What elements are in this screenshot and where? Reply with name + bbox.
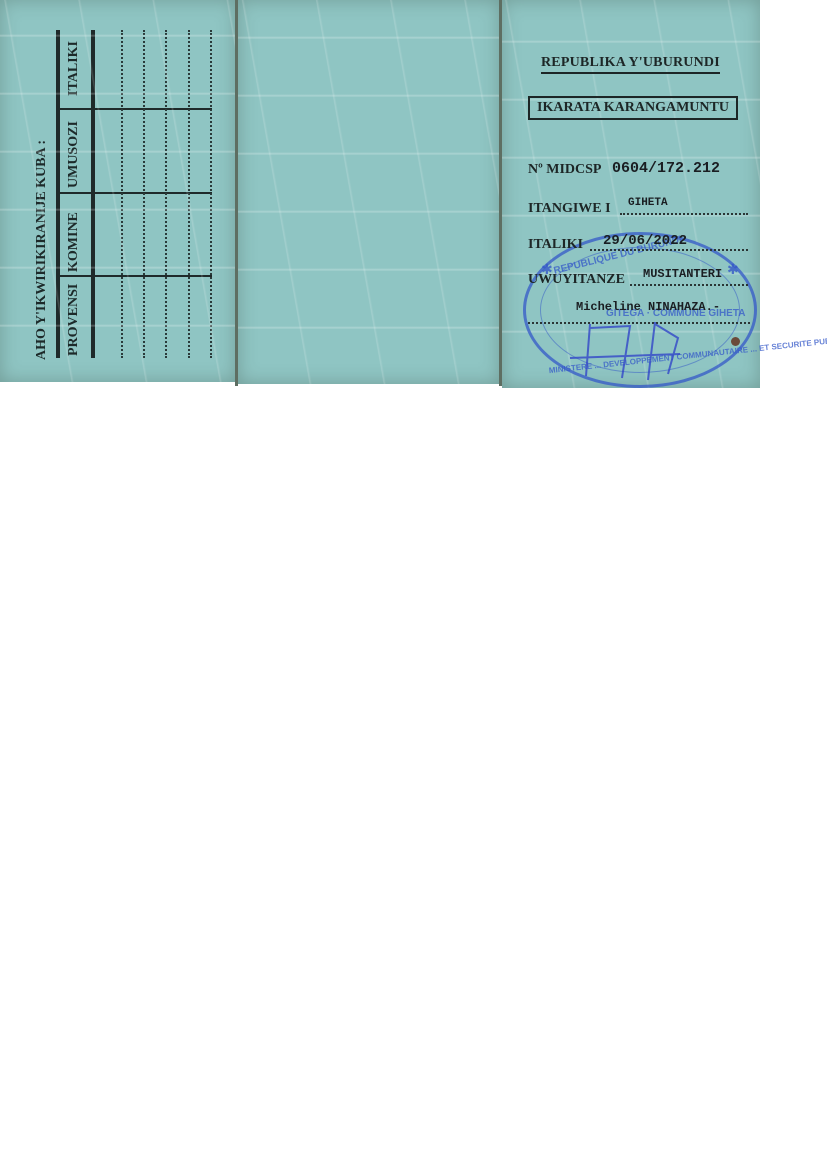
stamp-star-right-icon: ✱ xyxy=(727,262,739,279)
residence-history-title: AHO Y'IKWIRIKIRANIJE KUBA : xyxy=(34,140,50,360)
issuer-title-value: MUSITANTERI xyxy=(643,267,722,281)
issued-at-label: ITANGIWE I xyxy=(528,201,611,217)
republic-header: REPUBLIKA Y'UBURUNDI xyxy=(541,55,720,74)
entry-line-1 xyxy=(121,30,123,358)
identity-card: AHO Y'IKWIRIKIRANIJE KUBA : PROVENSI KOM… xyxy=(0,0,760,388)
date-dotted-line xyxy=(590,249,748,251)
entry-line-5 xyxy=(210,30,212,358)
entry-line-2 xyxy=(143,30,145,358)
table-header-divider xyxy=(91,30,95,358)
ink-stain xyxy=(731,337,740,346)
column-header-provensi: PROVENSI xyxy=(66,284,82,356)
issuer-dotted-line xyxy=(630,284,748,286)
column-header-komine: KOMINE xyxy=(66,212,82,272)
table-border-left xyxy=(56,30,60,358)
issued-at-value: GIHETA xyxy=(628,197,668,209)
handwritten-signature-icon xyxy=(560,318,710,382)
issued-at-dotted-line xyxy=(620,213,748,215)
entry-line-4 xyxy=(188,30,190,358)
left-panel: AHO Y'IKWIRIKIRANIJE KUBA : PROVENSI KOM… xyxy=(0,0,236,382)
date-value: 29/06/2022 xyxy=(603,233,687,249)
column-header-italiki: ITALIKI xyxy=(66,41,82,96)
date-label: ITALIKI xyxy=(528,237,583,253)
middle-panel-blank xyxy=(238,0,500,384)
issuer-name-value: Micheline NINAHAZA.- xyxy=(576,300,720,314)
column-header-umusozi: UMUSOZI xyxy=(66,121,82,188)
card-number-label: Nº MIDCSP xyxy=(528,162,601,178)
entry-line-3 xyxy=(165,30,167,358)
card-title-box: IKARATA KARANGAMUNTU xyxy=(528,96,738,120)
issuer-label: UWUYITANZE xyxy=(528,272,625,288)
left-panel-title: AHO Y'IKWIRIKIRANIJE KUBA : xyxy=(30,70,58,370)
card-number-value: 0604/172.212 xyxy=(612,160,720,177)
